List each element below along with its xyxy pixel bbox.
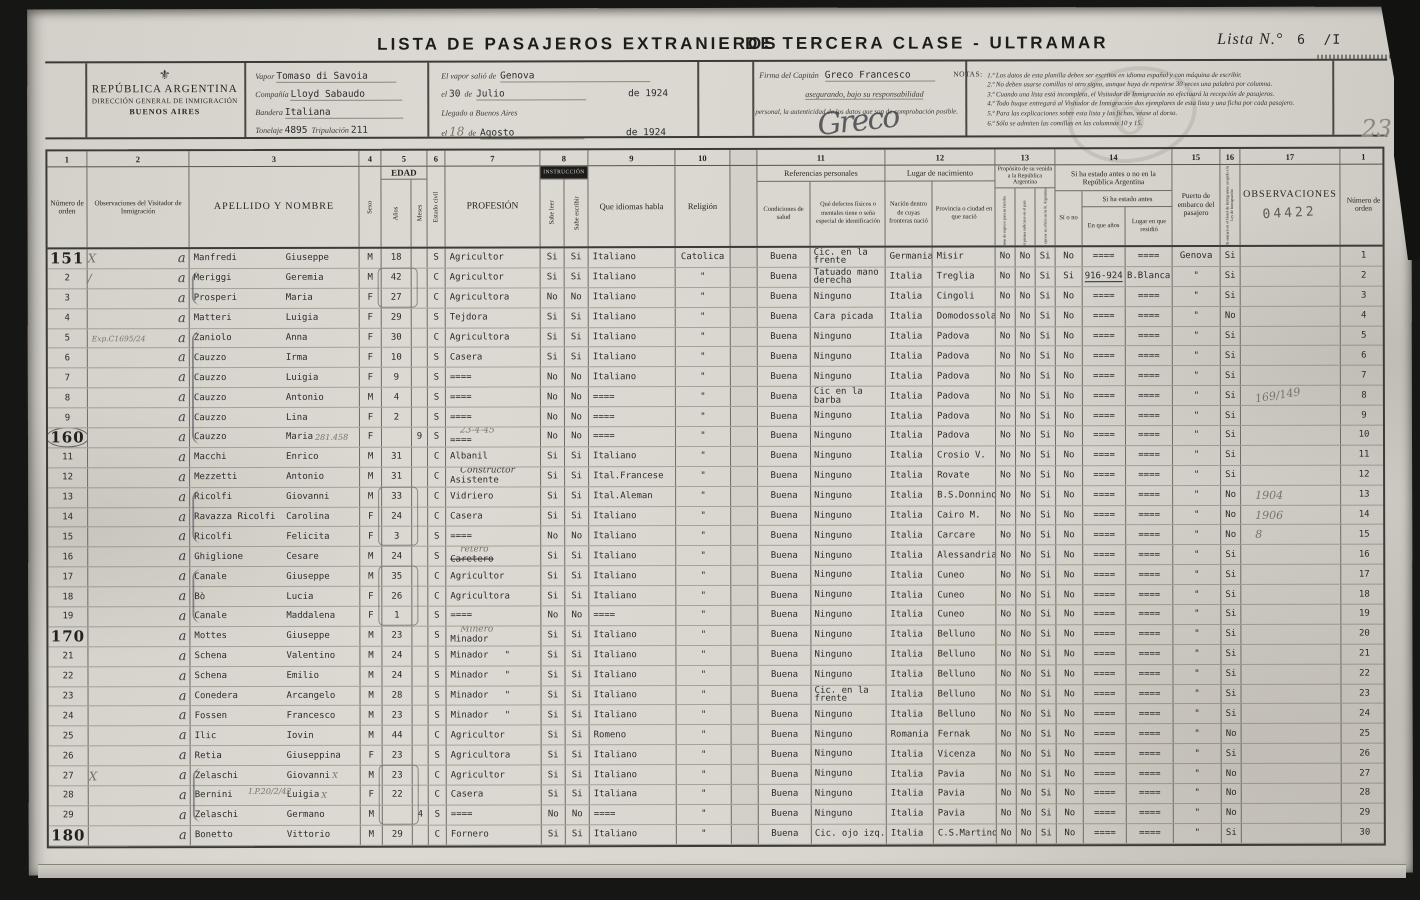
cell-been-before: No [1056, 665, 1083, 684]
hdr-hotel-inmigrantes: Si entrará en el Hotel de Inmigrantes ac… [1220, 165, 1240, 245]
cell-defects: Ninguno [812, 785, 887, 804]
cell-nation: Italia [886, 327, 933, 346]
cell-place-resided: ==== [1126, 466, 1173, 485]
cell-province: Padova [933, 367, 996, 386]
cell-languages: ==== [589, 407, 676, 426]
cell-purpose-1: No [996, 586, 1016, 605]
cell-province: Cingoli [933, 287, 996, 306]
observaciones-stamp: 04422 [1263, 204, 1318, 222]
cell-reads: Si [541, 467, 565, 486]
cell-order-number-right: 13 [1341, 485, 1387, 504]
cell-purpose-3: Si [1037, 764, 1057, 783]
cell-purpose-2: No [1016, 267, 1036, 286]
cell-age-months [412, 448, 428, 467]
cell-languages: Italiano [590, 765, 677, 784]
cell-profession: Agricultor [446, 268, 541, 287]
cell-nation: Italia [886, 387, 933, 406]
cell-hotel: Si [1221, 605, 1241, 624]
cell-age-years: 23 [383, 706, 413, 725]
cell-civil-status: S [428, 428, 446, 447]
table-row: 8 a CauzzoAntonio M 4 S ==== No No ==== … [48, 386, 1383, 409]
cell-purpose-3: Si [1037, 725, 1057, 744]
cell-name: MeriggiGeremia [190, 269, 360, 288]
cell-purpose-2: No [1016, 367, 1036, 386]
cell-order-number: 6 [48, 349, 88, 368]
cell-civil-status: C [428, 487, 446, 506]
cell-languages: Italiana [590, 785, 677, 804]
cell-hotel: No [1222, 764, 1242, 783]
hdr-num-orden-right: Número de orden [1340, 165, 1386, 245]
cell-purpose-1: No [997, 705, 1017, 724]
cell-order-number-right: 23 [1342, 684, 1388, 703]
hdr-lugar-nacimiento: Lugar de nacimiento Nación dentro de cuy… [885, 165, 995, 245]
cell-purpose-3: Si [1036, 267, 1056, 286]
cell-age-months [412, 288, 428, 307]
cell-reads: Si [541, 626, 565, 645]
cell-order-number-right: 10 [1341, 426, 1387, 445]
cell-name: RicolfiFelicita [190, 527, 360, 546]
cell-purpose-3: Si [1036, 307, 1056, 326]
cell-province: Padova [933, 327, 996, 346]
cell-age-years: 10 [382, 348, 412, 367]
cell-purpose-1: No [996, 307, 1016, 326]
salida-dia: 30 [449, 89, 460, 100]
cell-hotel: No [1221, 307, 1241, 326]
cell-reads: No [541, 606, 565, 625]
cell-order-number: 5 [48, 329, 88, 348]
cell-years-before: ==== [1083, 526, 1126, 545]
cell-visitor-marks: a [88, 528, 190, 547]
cell-civil-status: C [429, 786, 447, 805]
llegada-mes: Agosto [480, 127, 584, 139]
col-number: 15 [1172, 149, 1220, 164]
cell-name: CanaleGiuseppe [190, 567, 360, 586]
cell-civil-status: C [428, 328, 446, 347]
cell-age-years: 35 [382, 567, 412, 586]
cell-been-before: No [1056, 605, 1083, 624]
cell-reads: Si [541, 248, 565, 267]
cell-been-before: No [1056, 486, 1083, 505]
cell-purpose-2: No [1016, 665, 1036, 684]
cell-province: Padova [933, 387, 996, 406]
hdr-profesion: PROFESIÓN [445, 166, 540, 246]
cell-place-resided: ==== [1127, 705, 1174, 724]
cell-writes: Si [566, 686, 590, 705]
hdr-referencias: Referencias personales Condiciones de sa… [757, 166, 885, 246]
cell-observations [1241, 326, 1341, 345]
cell-profession: MineroMinador [446, 626, 541, 645]
cell-reads: No [541, 427, 565, 446]
cell-name: ZelaschiGiovanniX [191, 766, 361, 785]
cell-place-resided: ==== [1126, 307, 1173, 326]
cell-writes: No [565, 407, 589, 426]
cell-purpose-1: No [997, 784, 1017, 803]
cell-defects: Cic. en la frente [812, 685, 887, 704]
cell-nation: Italia [886, 566, 933, 585]
cell-nation: Italia [886, 307, 933, 326]
table-row: 28 a BerniniI.P.20/2/42LuigiaX F 22 C Ca… [49, 784, 1384, 807]
cell-years-before: ==== [1083, 546, 1126, 565]
cell-purpose-1: No [996, 486, 1016, 505]
cell-place-resided: ==== [1126, 625, 1173, 644]
cell-religion: " [677, 825, 732, 844]
cell-civil-status: S [428, 666, 446, 685]
cell-age-months [412, 507, 428, 526]
cell-purpose-3: Si [1037, 804, 1057, 823]
cell-name: BonettoVittorio [191, 826, 361, 845]
cell-purpose-2: No [1017, 705, 1037, 724]
cell-hotel: Si [1221, 267, 1241, 286]
cell-been-before: No [1056, 347, 1083, 366]
cell-languages: ==== [590, 805, 677, 824]
cell-order-number-right: 20 [1341, 625, 1387, 644]
cell-hotel: Si [1221, 326, 1241, 345]
table-row: 11 a MacchiEnrico M 31 C Albanil Si Si I… [48, 446, 1383, 469]
cell-nation: Italia [886, 526, 933, 545]
cell-health: Buena [759, 825, 812, 844]
cell-purpose-2: No [1017, 745, 1037, 764]
cell-health: Buena [758, 506, 811, 525]
cell-languages: Italiano [589, 546, 676, 565]
cell-place-resided: ==== [1127, 724, 1174, 743]
cell-age-months [413, 726, 429, 745]
cell-health: Buena [758, 288, 811, 307]
cell-writes: Si [566, 746, 590, 765]
cell-sex: M [361, 826, 383, 845]
cell-sex: M [360, 388, 382, 407]
page-title-left: LISTA DE PASAJEROS EXTRANIEROS [377, 34, 778, 55]
cell-name: CauzzoLina [190, 408, 360, 427]
cell-sex: F [360, 328, 382, 347]
cell-profession: Minador " [446, 646, 541, 665]
cell-visitor-marks: a [88, 368, 190, 387]
cell-sex: F [360, 348, 382, 367]
tonelaje-value: 4895 [285, 125, 308, 136]
cell-been-before: No [1056, 426, 1083, 445]
cell-nation: Italia [886, 486, 933, 505]
cell-years-before: ==== [1083, 645, 1126, 664]
cell-order-number-right: 19 [1341, 605, 1387, 624]
cell-purpose-2: No [1016, 406, 1036, 425]
col-number: 16 [1220, 149, 1240, 164]
cell-order-number: 2 [48, 269, 88, 288]
cell-province: Treglia [933, 267, 996, 286]
col-number: 2 [87, 151, 189, 166]
cell-province: C.S.Martino [934, 824, 997, 843]
cell-order-number-right: 15 [1341, 525, 1387, 544]
cell-place-resided: ==== [1126, 406, 1173, 425]
cell-province: Domodossola [933, 307, 996, 326]
cell-order-number-right: 14 [1341, 505, 1387, 524]
cell-profession: ==== [446, 527, 541, 546]
cell-sex: F [360, 607, 382, 626]
cell-sex: M [361, 726, 383, 745]
cell-observations [1242, 684, 1342, 703]
cell-been-before: No [1056, 406, 1083, 425]
cell-been-before: No [1057, 804, 1084, 823]
cell-order-number: 170 [48, 627, 88, 646]
cell-visitor-marks: a [89, 746, 191, 765]
cell-languages: ==== [589, 427, 676, 446]
cell-name: ManfrediGiuseppe [190, 249, 360, 268]
cell-nation: Italia [887, 824, 934, 843]
cell-order-number-right: 26 [1342, 744, 1388, 763]
cell-age-years [382, 428, 412, 447]
cell-nation: Italia [886, 645, 933, 664]
cell-religion: " [676, 328, 731, 347]
cell-religion: " [676, 467, 731, 486]
cell-profession: ==== [446, 368, 541, 387]
cell-purpose-3: Si [1036, 406, 1056, 425]
table-row: 23 a ConederaArcangelo M 28 S Minador " … [49, 684, 1384, 707]
cell-port: " [1173, 565, 1221, 584]
cell-port: " [1173, 625, 1221, 644]
cell-hotel: Si [1221, 386, 1241, 405]
cell-religion: " [676, 626, 731, 645]
cell-purpose-3: Si [1036, 625, 1056, 644]
cell-hotel: Si [1221, 287, 1241, 306]
cell-observations [1241, 426, 1341, 445]
cell-health: Buena [758, 626, 811, 645]
cell-order-number: 19 [48, 607, 88, 626]
cell-port: " [1173, 545, 1221, 564]
cell-order-number: 16 [48, 548, 88, 567]
cell-sex: F [360, 308, 382, 327]
cell-age-months [412, 527, 428, 546]
cell-province: Pavia [934, 784, 997, 803]
cell-order-number: 9 [48, 408, 88, 427]
hdr-puerto-embarco: Puerto de embarco del pasajero [1172, 165, 1220, 245]
cell-years-before: ==== [1083, 287, 1126, 306]
cell-nation: Italia [886, 546, 933, 565]
cell-civil-status: S [429, 746, 447, 765]
cell-sex: M [360, 448, 382, 467]
cell-health: Buena [758, 467, 811, 486]
cell-health: Buena [758, 566, 811, 585]
cell-sex: F [360, 587, 382, 606]
cell-languages: Italiano [589, 268, 676, 287]
col-number: 12 [885, 149, 995, 164]
cell-been-before: No [1057, 784, 1084, 803]
lista-number: Lista N.° 6 /I [1217, 31, 1341, 49]
cell-province: Padova [933, 407, 996, 426]
cell-nation: Italia [887, 785, 934, 804]
cell-civil-status: S [428, 607, 446, 626]
cell-purpose-1: No [996, 387, 1016, 406]
cell-order-number-right: 27 [1342, 764, 1388, 783]
cell-port: " [1174, 764, 1222, 783]
cell-religion: " [677, 785, 732, 804]
cell-been-before: No [1057, 725, 1084, 744]
cell-visitor-marks: a [89, 726, 191, 745]
cell-age-months [412, 627, 428, 646]
cell-writes: Si [566, 765, 590, 784]
cell-defects: Ninguno [811, 347, 886, 366]
cell-profession: Agricultora [447, 746, 542, 765]
cell-place-resided: ==== [1126, 327, 1173, 346]
cell-visitor-marks: /a [88, 269, 190, 288]
cell-religion: " [677, 705, 732, 724]
cell-writes: Si [565, 626, 589, 645]
cell-purpose-1: No [996, 407, 1016, 426]
cell-visitor-marks: Exp.C1695/24a [88, 329, 190, 348]
cell-age-months [412, 467, 428, 486]
cell-observations [1241, 446, 1341, 465]
col-number: 11 [757, 150, 885, 165]
cell-defects: Ninguno [811, 287, 886, 306]
cell-visitor-marks: a [88, 408, 190, 427]
cell-reads: Si [541, 268, 565, 287]
cell-name: RicolfiGiovanni [190, 487, 360, 506]
cell-years-before: ==== [1083, 486, 1126, 505]
cell-observations [1241, 545, 1341, 564]
cell-age-years: 28 [383, 686, 413, 705]
cell-years-before: ==== [1083, 327, 1126, 346]
cell-port: " [1173, 486, 1221, 505]
cell-visitor-marks: a [88, 647, 190, 666]
cell-profession: ==== [446, 606, 541, 625]
cell-order-number: 26 [49, 747, 89, 766]
cell-writes: Si [565, 646, 589, 665]
cell-hotel: Si [1221, 565, 1241, 584]
salida-anio: de 1924 [628, 88, 668, 99]
cell-health: Buena [758, 268, 811, 287]
cell-purpose-1: No [997, 804, 1017, 823]
cell-age-years: 33 [382, 487, 412, 506]
cell-order-number-right: 28 [1342, 784, 1388, 803]
cell-defects: Ninguno [811, 626, 886, 645]
cell-order-number: 3 [48, 289, 88, 308]
cell-order-number-right: 9 [1341, 406, 1387, 425]
cell-defects: Cic en la barba [811, 387, 886, 406]
cell-sex: M [360, 647, 382, 666]
cell-purpose-1: No [997, 685, 1017, 704]
cell-province: Crosio V. [933, 446, 996, 465]
col-number: 4 [359, 151, 381, 166]
table-row: 160 a CauzzoMaria281.458 F 9 S 23-4-45==… [48, 426, 1383, 449]
cell-order-number-right: 29 [1342, 804, 1388, 823]
cell-years-before: ==== [1084, 804, 1127, 823]
cell-health: Buena [758, 666, 811, 685]
cell-religion: " [676, 566, 731, 585]
col-number: 7 [445, 150, 540, 165]
cell-reads: Si [541, 646, 565, 665]
cell-defects: Ninguno [811, 367, 886, 386]
cell-place-resided: ==== [1126, 287, 1173, 306]
salida-mes: Julio [476, 88, 586, 100]
cell-profession: Agricultora [446, 288, 541, 307]
cell-years-before: ==== [1083, 247, 1126, 266]
cell-port: " [1173, 506, 1221, 525]
cell-age-months [412, 487, 428, 506]
cell-observations: 169/149 [1241, 386, 1341, 405]
cell-purpose-3: Si [1037, 685, 1057, 704]
cell-purpose-1: No [996, 446, 1016, 465]
cell-reads: Si [542, 825, 566, 844]
cell-name: CauzzoMaria281.458 [190, 428, 360, 447]
cell-civil-status: C [429, 766, 447, 785]
cell-health: Buena [758, 586, 811, 605]
cell-purpose-3: Si [1037, 824, 1057, 843]
cell-age-years [383, 806, 413, 825]
cell-purpose-2: No [1016, 645, 1036, 664]
cell-age-months: 9 [412, 428, 428, 447]
cell-hotel: Si [1221, 426, 1241, 445]
cell-languages: Romeno [590, 725, 677, 744]
cell-years-before: ==== [1084, 685, 1127, 704]
cell-name: BòLucia [190, 587, 360, 606]
cell-hotel: No [1222, 804, 1242, 823]
cell-observations [1241, 247, 1341, 266]
cell-purpose-2: No [1017, 725, 1037, 744]
cell-religion: " [676, 387, 731, 406]
cell-province: Belluno [933, 645, 996, 664]
cell-religion: " [676, 646, 731, 665]
cell-civil-status: S [428, 388, 446, 407]
cell-port: " [1173, 426, 1221, 445]
cell-profession: Agricultor [446, 248, 541, 267]
table-row: 151 Xa ManfrediGiuseppe M 18 S Agriculto… [48, 247, 1383, 270]
col-number: 5 [381, 151, 427, 166]
cell-purpose-1: No [996, 625, 1016, 644]
voyage-fields: El vapor salió de Genova el 30 de Julio … [45, 61, 1387, 64]
table-row: 4 a MatteriLuigia F 29 S Tejdora Si Si I… [48, 306, 1383, 329]
cell-name: Ravazza RicolfiCarolina [190, 507, 360, 526]
cell-observations [1241, 267, 1341, 286]
cell-reads: No [541, 407, 565, 426]
cell-health: Buena [759, 745, 812, 764]
cell-order-number: 27 [49, 766, 89, 785]
cell-purpose-2: No [1017, 804, 1037, 823]
cell-civil-status: C [428, 447, 446, 466]
cell-years-before: ==== [1084, 744, 1127, 763]
cell-observations [1242, 724, 1342, 743]
cell-writes: Si [565, 487, 589, 506]
cell-sex: M [361, 766, 383, 785]
cell-religion: Catolica [676, 248, 731, 267]
cell-profession: Minador " [447, 706, 542, 725]
cell-health: Buena [758, 248, 811, 267]
cell-province: Misir [933, 247, 996, 266]
cell-civil-status: C [428, 567, 446, 586]
bandera-value: Italiana [285, 107, 403, 119]
cell-defects: Ninguno [812, 725, 887, 744]
cell-order-number: 15 [48, 528, 88, 547]
cell-visitor-marks: a [88, 667, 190, 686]
cell-profession: Agricultora [446, 587, 541, 606]
cell-purpose-3: Si [1036, 287, 1056, 306]
cell-health: Buena [758, 546, 811, 565]
table-row: 6 a CauzzoIrma F 10 S Casera Si Si Itali… [48, 346, 1383, 369]
cell-reads: Si [541, 507, 565, 526]
cell-reads: Si [541, 666, 565, 685]
cell-purpose-2: No [1016, 347, 1036, 366]
cell-reads: No [541, 388, 565, 407]
cell-purpose-2: No [1016, 426, 1036, 445]
cell-name: CanaleMaddalena [190, 607, 360, 626]
cell-place-resided: ==== [1127, 685, 1174, 704]
cell-order-number-right: 7 [1341, 366, 1387, 385]
cell-nation: Italia [887, 804, 934, 823]
cell-civil-status: C [428, 507, 446, 526]
cell-purpose-1: No [996, 327, 1016, 346]
cell-visitor-marks: a [88, 289, 190, 308]
cell-writes: Si [565, 248, 589, 267]
cell-visitor-marks: a [88, 547, 190, 566]
cell-languages: ==== [589, 606, 676, 625]
cell-purpose-1: No [997, 725, 1017, 744]
cell-age-years: 24 [382, 666, 412, 685]
